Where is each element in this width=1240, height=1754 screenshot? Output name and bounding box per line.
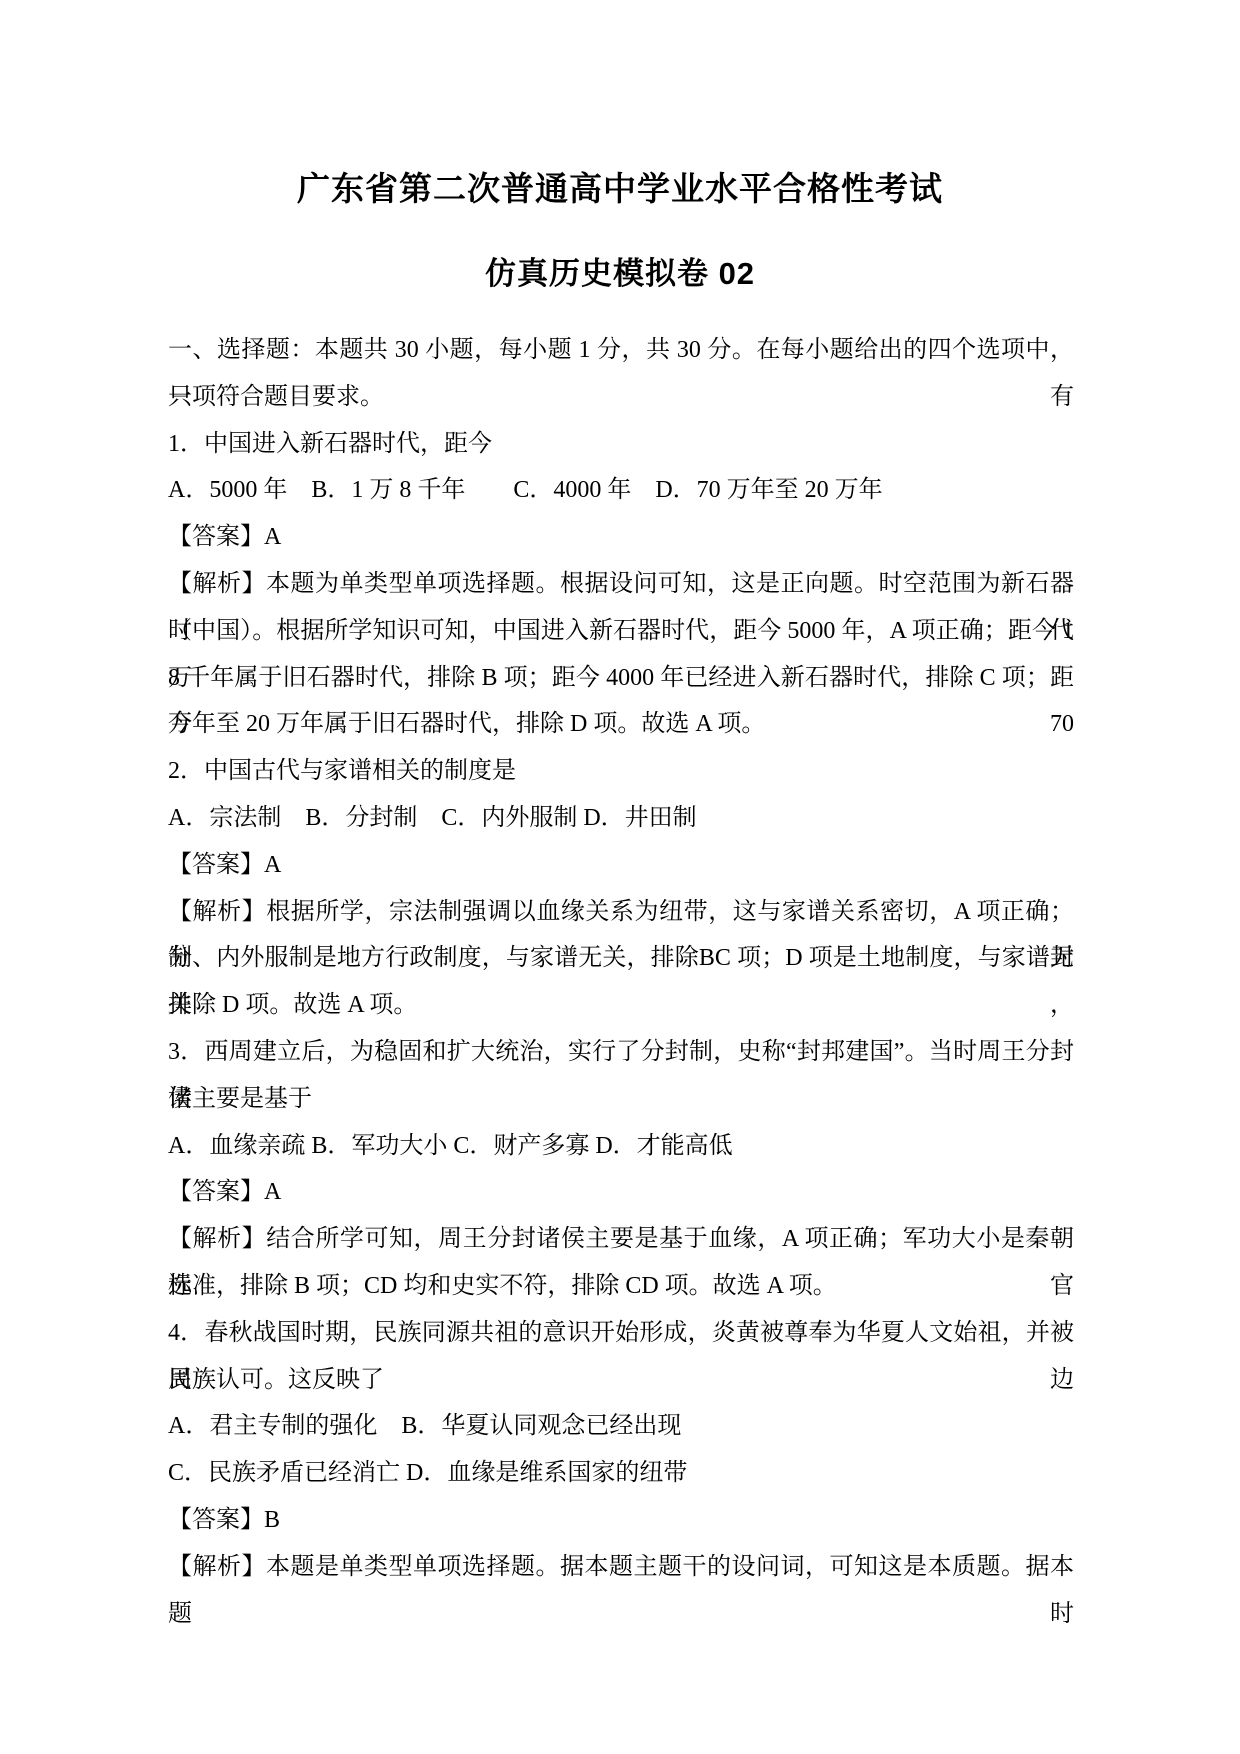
question-2-analysis-line: 制、内外服制是地方行政制度，与家谱无关，排除BC 项；D 项是土地制度，与家谱无…	[168, 935, 1074, 982]
document-subtitle: 仿真历史模拟卷 02	[0, 253, 1240, 295]
question-1-answer-line: 【答案】A	[168, 514, 1074, 561]
question-2-options-line: A．宗法制 B．分封制 C．内外服制 D．井田制	[168, 795, 1074, 842]
question-1-options-line: A．5000 年 B．1 万 8 千年 C．4000 年 D．70 万年至 20…	[168, 467, 1074, 514]
document-page: 广东省第二次普通高中学业水平合格性考试 仿真历史模拟卷 02 一、选择题：本题共…	[0, 0, 1240, 1754]
question-4-stem-line: 4．春秋战国时期，民族同源共祖的意识开始形成，炎黄被尊奉为华夏人文始祖，并被周边	[168, 1310, 1074, 1357]
question-3-stem-line: 3．西周建立后，为稳固和扩大统治，实行了分封制，史称“封邦建国”。当时周王分封诸	[168, 1029, 1074, 1076]
document-body: 一、选择题：本题共 30 小题，每小题 1 分，共 30 分。在每小题给出的四个…	[168, 327, 1074, 1591]
question-1-analysis-line: （中国）。根据所学知识可知，中国进入新石器时代，距今 5000 年，A 项正确；…	[168, 608, 1074, 655]
document-title: 广东省第二次普通高中学业水平合格性考试	[0, 168, 1240, 210]
question-2-answer-line: 【答案】A	[168, 842, 1074, 889]
question-1-analysis-line: 【解析】本题为单类型单项选择题。根据设问可知，这是正向题。时空范围为新石器时代	[168, 561, 1074, 608]
question-2-analysis-line: 【解析】根据所学，宗法制强调以血缘关系为纽带，这与家谱关系密切，A 项正确；分封	[168, 889, 1074, 936]
instructions-line: 一、选择题：本题共 30 小题，每小题 1 分，共 30 分。在每小题给出的四个…	[168, 327, 1074, 374]
question-4-analysis-line: 【解析】本题是单类型单项选择题。据本题主题干的设问词，可知这是本质题。据本题时	[168, 1544, 1074, 1591]
question-1-stem-line: 1．中国进入新石器时代，距今	[168, 421, 1074, 468]
question-3-answer-line: 【答案】A	[168, 1169, 1074, 1216]
question-4-options-line: A．君主专制的强化 B．华夏认同观念已经出现	[168, 1403, 1074, 1450]
question-3-options-line: A．血缘亲疏 B．军功大小 C．财产多寡 D．才能高低	[168, 1123, 1074, 1170]
question-4-options-line: C．民族矛盾已经消亡 D．血缘是维系国家的纽带	[168, 1450, 1074, 1497]
question-1-analysis-line: 8 千年属于旧石器时代，排除 B 项；距今 4000 年已经进入新石器时代，排除…	[168, 655, 1074, 702]
question-3-analysis-line: 【解析】结合所学可知，周王分封诸侯主要是基于血缘，A 项正确；军功大小是秦朝选官	[168, 1216, 1074, 1263]
question-2-stem-line: 2．中国古代与家谱相关的制度是	[168, 748, 1074, 795]
question-4-answer-line: 【答案】B	[168, 1497, 1074, 1544]
question-3-stem-line: 侯主要是基于	[168, 1076, 1074, 1123]
